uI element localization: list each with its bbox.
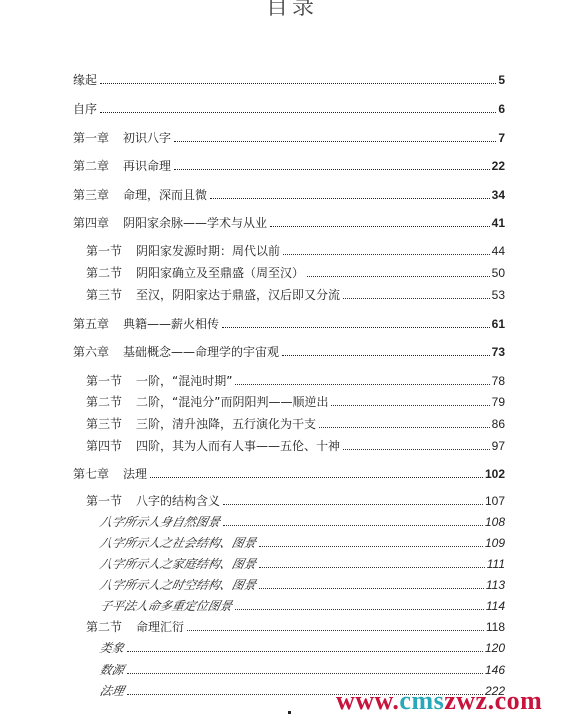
entry-label: 八字所示人之家庭结构、图景 [99,557,258,571]
entry-label: 至汉，阴阳家达于鼎盛，汉后即又分流 [136,288,340,302]
page-number: 5 [498,73,505,87]
page-number: 41 [492,216,505,230]
entry-label: 八字的结构含义 [136,494,220,508]
entry-label: 阴阳家确立及至鼎盛（周至汉） [136,266,304,280]
entry-label: 阴阳家余脉——学术与从业 [123,216,267,230]
dot-leader [174,168,490,170]
page-number: 113 [486,578,505,592]
entry-number: 第三节 [86,417,122,431]
entry-number: 第二节 [86,395,122,409]
entry-label: 自序 [73,102,97,116]
toc-section-entry[interactable]: 第一节阴阳家发源时期：周代以前44 [86,238,505,258]
toc-chapter-entry[interactable]: 缘起5 [73,67,505,87]
toc-section-entry[interactable]: 第二节二阶，“混沌分”而阴阳判——顺逆出79 [86,389,505,409]
entry-label: 典籍——薪火相传 [123,317,219,331]
dot-leader [150,476,483,478]
dot-leader [100,111,496,113]
watermark: www.cmszwz.com [336,688,542,714]
dot-leader [222,326,490,328]
toc-subsection-entry[interactable]: 八字所示人之社会结构、图景109 [100,530,505,550]
entry-label: 法理 [123,467,147,481]
toc-subsection-entry[interactable]: 子平法人命多重定位图景114 [100,593,505,613]
toc-section-entry[interactable]: 第一节八字的结构含义107 [86,488,505,508]
toc-section-entry[interactable]: 第一节一阶，“混沌时期”78 [86,368,505,388]
entry-number: 第二章 [73,159,109,173]
page-number: 78 [492,374,505,388]
entry-label: 数源 [99,663,126,677]
page-mark [288,711,291,714]
entry-label: 再识命理 [123,159,171,173]
dot-leader [174,140,496,142]
toc-chapter-entry[interactable]: 第四章阴阳家余脉——学术与从业41 [73,210,505,230]
entry-number: 第二节 [86,620,122,634]
entry-label: 二阶，“混沌分”而阴阳判——顺逆出 [136,395,328,409]
page-number: 118 [486,620,505,634]
dot-leader [282,354,490,356]
dot-leader [223,524,483,526]
page-number: 114 [486,599,505,613]
page-number: 108 [485,515,505,529]
toc-subsection-entry[interactable]: 八字所示人之时空结构、图景113 [100,572,505,592]
dot-leader [270,225,490,227]
dot-leader [259,566,485,568]
toc-section-entry[interactable]: 第二节阴阳家确立及至鼎盛（周至汉）50 [86,260,505,280]
page-number: 97 [492,439,505,453]
page-number: 6 [498,102,505,116]
toc-subsection-entry[interactable]: 八字所示人之家庭结构、图景111 [100,551,505,571]
entry-label: 一阶，“混沌时期” [136,374,232,388]
watermark-part-b: cms [399,686,444,715]
page-number: 61 [492,317,505,331]
dot-leader [127,672,483,674]
entry-number: 第三节 [86,288,122,302]
dot-leader [343,297,490,299]
page-number: 7 [498,131,505,145]
page-number: 146 [485,663,505,677]
entry-label: 基础概念——命理学的宇宙观 [123,345,279,359]
entry-label: 法理 [99,684,126,698]
toc-chapter-entry[interactable]: 第六章基础概念——命理学的宇宙观73 [73,339,505,359]
toc-section-entry[interactable]: 第三节三阶，清升浊降，五行演化为干支86 [86,411,505,431]
entry-label: 初识八字 [123,131,171,145]
toc-subsection-entry[interactable]: 类象120 [100,635,505,655]
watermark-part-a: www. [336,686,399,715]
page-number: 109 [485,536,505,550]
dot-leader [127,650,483,652]
entry-label: 三阶，清升浊降，五行演化为干支 [136,417,316,431]
page-number: 34 [492,188,505,202]
toc-chapter-entry[interactable]: 第七章法理102 [73,461,505,481]
toc-section-entry[interactable]: 第二节命理汇衍118 [86,614,505,634]
toc-chapter-entry[interactable]: 第三章命理，深而且微34 [73,182,505,202]
entry-label: 子平法人命多重定位图景 [99,599,234,613]
entry-number: 第三章 [73,188,109,202]
page-number: 73 [492,345,505,359]
toc-subsection-entry[interactable]: 八字所示人身自然图景108 [100,509,505,529]
page-number: 79 [492,395,505,409]
entry-number: 第一章 [73,131,109,145]
entry-label: 命理汇衍 [136,620,184,634]
toc-chapter-entry[interactable]: 第二章再识命理22 [73,153,505,173]
dot-leader [235,608,484,610]
toc-subsection-entry[interactable]: 数源146 [100,657,505,677]
dot-leader [223,503,483,505]
dot-leader [259,587,484,589]
page-number: 86 [492,417,505,431]
dot-leader [187,629,484,631]
page-number: 107 [485,494,505,508]
entry-number: 第二节 [86,266,122,280]
dot-leader [283,253,490,255]
entry-label: 缘起 [73,73,97,87]
entry-label: 类象 [99,641,126,655]
entry-label: 四阶，其为人而有人事——五伦、十神 [136,439,340,453]
dot-leader [235,383,489,385]
page-number: 102 [485,467,505,481]
entry-number: 第一节 [86,244,122,258]
page-number: 50 [492,266,505,280]
dot-leader [331,404,489,406]
page-number: 22 [492,159,505,173]
watermark-part-c: zwz.com [444,686,542,715]
dot-leader [307,275,490,277]
dot-leader [210,197,490,199]
dot-leader [319,426,490,428]
toc-section-entry[interactable]: 第三节至汉，阴阳家达于鼎盛，汉后即又分流53 [86,282,505,302]
entry-number: 第七章 [73,467,109,481]
toc-section-entry[interactable]: 第四节四阶，其为人而有人事——五伦、十神97 [86,433,505,453]
toc-chapter-entry[interactable]: 第一章初识八字7 [73,125,505,145]
entry-number: 第四章 [73,216,109,230]
entry-label: 八字所示人身自然图景 [99,515,222,529]
page-number: 44 [492,244,505,258]
toc-chapter-entry[interactable]: 第五章典籍——薪火相传61 [73,311,505,331]
toc-title: 目录 [0,0,584,21]
page-number: 111 [487,557,505,571]
dot-leader [259,545,483,547]
entry-label: 八字所示人之时空结构、图景 [99,578,258,592]
entry-number: 第四节 [86,439,122,453]
entry-label: 阴阳家发源时期：周代以前 [136,244,280,258]
toc-chapter-entry[interactable]: 自序6 [73,96,505,116]
dot-leader [343,448,490,450]
entry-label: 命理，深而且微 [123,188,207,202]
page-number: 53 [492,288,505,302]
entry-number: 第五章 [73,317,109,331]
entry-label: 八字所示人之社会结构、图景 [99,536,258,550]
entry-number: 第一节 [86,494,122,508]
entry-number: 第一节 [86,374,122,388]
dot-leader [100,82,496,84]
entry-number: 第六章 [73,345,109,359]
page-number: 120 [485,641,505,655]
